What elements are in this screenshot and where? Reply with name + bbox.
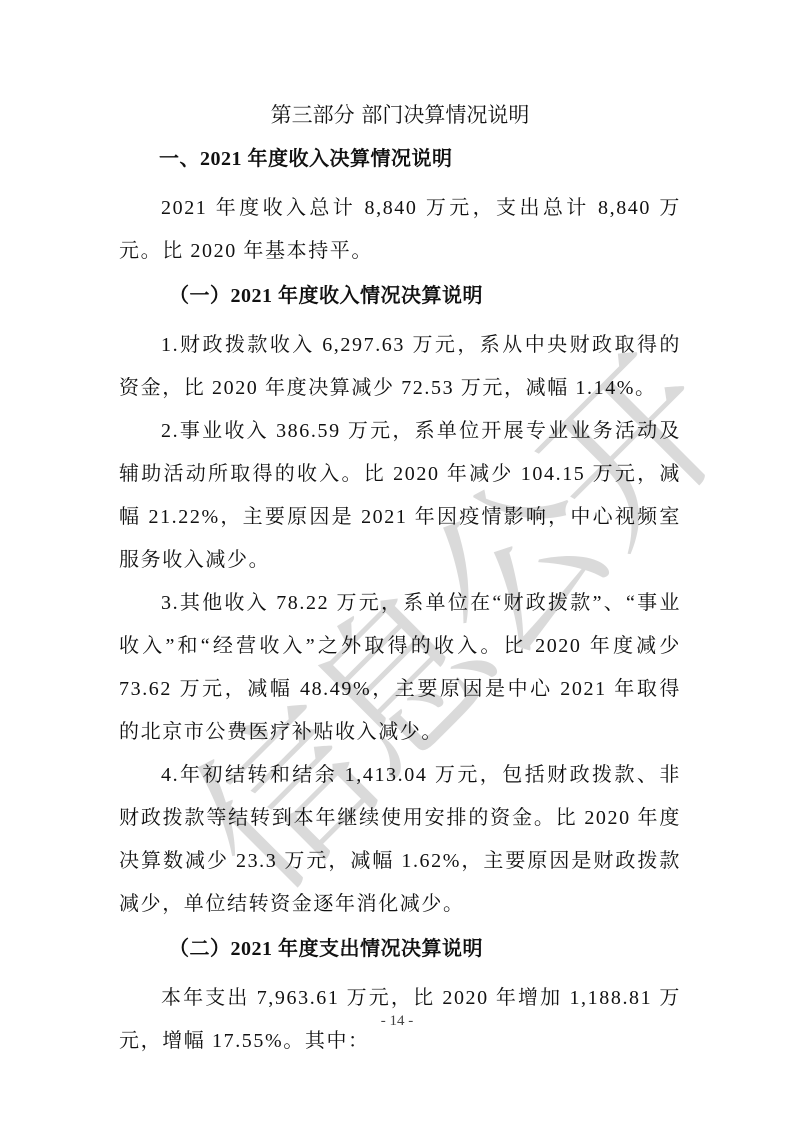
section-heading-income: 一、2021 年度收入决算情况说明: [119, 144, 681, 174]
part-title: 第三部分 部门决算情况说明: [119, 100, 681, 130]
subsection-heading-expenditure: （二）2021 年度支出情况决算说明: [119, 934, 681, 964]
paragraph-carryover-balance: 4.年初结转和结余 1,413.04 万元，包括财政拨款、非财政拨款等结转到本年…: [119, 754, 681, 926]
paragraph-other-income: 3.其他收入 78.22 万元，系单位在“财政拨款”、“事业收入”和“经营收入”…: [119, 582, 681, 754]
paragraph-fiscal-appropriation: 1.财政拨款收入 6,297.63 万元，系从中央财政取得的资金，比 2020 …: [119, 324, 681, 410]
income-summary-paragraph: 2021 年度收入总计 8,840 万元，支出总计 8,840 万元。比 202…: [119, 187, 681, 273]
page-number: - 14 -: [0, 1013, 794, 1030]
subsection-heading-income: （一）2021 年度收入情况决算说明: [119, 281, 681, 311]
paragraph-business-income: 2.事业收入 386.59 万元，系单位开展专业业务活动及辅助活动所取得的收入。…: [119, 410, 681, 582]
document-page: 信息公开 第三部分 部门决算情况说明 一、2021 年度收入决算情况说明 202…: [0, 0, 794, 1123]
page-content: 第三部分 部门决算情况说明 一、2021 年度收入决算情况说明 2021 年度收…: [119, 100, 681, 1063]
